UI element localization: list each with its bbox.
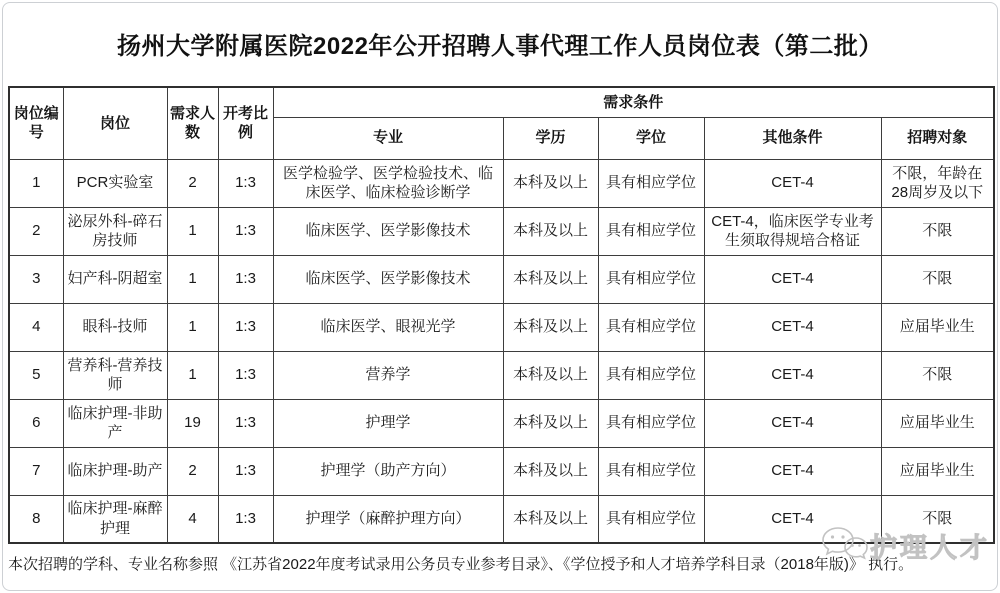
cell-degree: 具有相应学位 [598, 255, 704, 303]
table-row: 4 眼科-技师 1 1:3 临床医学、眼视光学 本科及以上 具有相应学位 CET… [9, 303, 994, 351]
table-row: 5 营养科-营养技师 1 1:3 营养学 本科及以上 具有相应学位 CET-4 … [9, 351, 994, 399]
col-header-education: 学历 [503, 117, 598, 159]
cell-ratio: 1:3 [218, 207, 273, 255]
cell-post-id: 6 [9, 399, 63, 447]
cell-major: 临床医学、眼视光学 [273, 303, 503, 351]
cell-major: 临床医学、医学影像技术 [273, 255, 503, 303]
cell-target: 应届毕业生 [881, 399, 994, 447]
cell-target: 不限 [881, 255, 994, 303]
cell-other: CET-4 [704, 303, 881, 351]
cell-degree: 具有相应学位 [598, 447, 704, 495]
cell-degree: 具有相应学位 [598, 207, 704, 255]
cell-education: 本科及以上 [503, 447, 598, 495]
cell-post-id: 3 [9, 255, 63, 303]
cell-major: 医学检验学、医学检验技术、临床医学、临床检验诊断学 [273, 159, 503, 207]
cell-post-id: 7 [9, 447, 63, 495]
cell-post-id: 5 [9, 351, 63, 399]
cell-ratio: 1:3 [218, 351, 273, 399]
col-header-post: 岗位 [63, 87, 167, 159]
cell-headcount: 4 [167, 495, 218, 543]
cell-ratio: 1:3 [218, 447, 273, 495]
table-row: 8 临床护理-麻醉护理 4 1:3 护理学（麻醉护理方向） 本科及以上 具有相应… [9, 495, 994, 543]
cell-degree: 具有相应学位 [598, 495, 704, 543]
cell-education: 本科及以上 [503, 255, 598, 303]
cell-post: 临床护理-麻醉护理 [63, 495, 167, 543]
cell-target: 不限 [881, 495, 994, 543]
cell-post: 泌尿外科-碎石房技师 [63, 207, 167, 255]
cell-target: 不限 [881, 351, 994, 399]
cell-post-id: 1 [9, 159, 63, 207]
cell-post: PCR实验室 [63, 159, 167, 207]
table-row: 6 临床护理-非助产 19 1:3 护理学 本科及以上 具有相应学位 CET-4… [9, 399, 994, 447]
cell-post: 临床护理-助产 [63, 447, 167, 495]
cell-education: 本科及以上 [503, 399, 598, 447]
col-header-headcount: 需求人数 [167, 87, 218, 159]
cell-headcount: 19 [167, 399, 218, 447]
col-header-ratio: 开考比例 [218, 87, 273, 159]
table-row: 3 妇产科-阴超室 1 1:3 临床医学、医学影像技术 本科及以上 具有相应学位… [9, 255, 994, 303]
cell-headcount: 2 [167, 159, 218, 207]
cell-education: 本科及以上 [503, 303, 598, 351]
cell-ratio: 1:3 [218, 303, 273, 351]
cell-other: CET-4 [704, 399, 881, 447]
table-row: 2 泌尿外科-碎石房技师 1 1:3 临床医学、医学影像技术 本科及以上 具有相… [9, 207, 994, 255]
cell-target: 不限，年龄在28周岁及以下 [881, 159, 994, 207]
cell-degree: 具有相应学位 [598, 399, 704, 447]
cell-education: 本科及以上 [503, 159, 598, 207]
cell-ratio: 1:3 [218, 159, 273, 207]
title-bar: 扬州大学附属医院2022年公开招聘人事代理工作人员岗位表（第二批） [0, 0, 1000, 86]
cell-major: 营养学 [273, 351, 503, 399]
job-positions-table: 岗位编号 岗位 需求人数 开考比例 需求条件 专业 学历 学位 其他条件 招聘对… [8, 86, 995, 544]
col-header-degree: 学位 [598, 117, 704, 159]
cell-other: CET-4，临床医学专业考生须取得规培合格证 [704, 207, 881, 255]
col-header-major: 专业 [273, 117, 503, 159]
cell-post: 妇产科-阴超室 [63, 255, 167, 303]
cell-post: 眼科-技师 [63, 303, 167, 351]
cell-post-id: 4 [9, 303, 63, 351]
table-row: 1 PCR实验室 2 1:3 医学检验学、医学检验技术、临床医学、临床检验诊断学… [9, 159, 994, 207]
page-title: 扬州大学附属医院2022年公开招聘人事代理工作人员岗位表（第二批） [117, 26, 883, 61]
cell-target: 不限 [881, 207, 994, 255]
table-row: 7 临床护理-助产 2 1:3 护理学（助产方向） 本科及以上 具有相应学位 C… [9, 447, 994, 495]
cell-other: CET-4 [704, 255, 881, 303]
cell-education: 本科及以上 [503, 351, 598, 399]
cell-headcount: 1 [167, 207, 218, 255]
cell-post: 营养科-营养技师 [63, 351, 167, 399]
cell-major: 临床医学、医学影像技术 [273, 207, 503, 255]
header-row-1: 岗位编号 岗位 需求人数 开考比例 需求条件 [9, 87, 994, 117]
cell-post-id: 8 [9, 495, 63, 543]
cell-other: CET-4 [704, 447, 881, 495]
cell-headcount: 1 [167, 303, 218, 351]
cell-headcount: 2 [167, 447, 218, 495]
cell-other: CET-4 [704, 351, 881, 399]
cell-post: 临床护理-非助产 [63, 399, 167, 447]
cell-ratio: 1:3 [218, 255, 273, 303]
col-group-requirements: 需求条件 [273, 87, 994, 117]
col-header-post-id: 岗位编号 [9, 87, 63, 159]
cell-education: 本科及以上 [503, 495, 598, 543]
cell-target: 应届毕业生 [881, 447, 994, 495]
cell-post-id: 2 [9, 207, 63, 255]
cell-headcount: 1 [167, 255, 218, 303]
cell-ratio: 1:3 [218, 495, 273, 543]
col-header-target: 招聘对象 [881, 117, 994, 159]
cell-other: CET-4 [704, 159, 881, 207]
cell-headcount: 1 [167, 351, 218, 399]
cell-degree: 具有相应学位 [598, 351, 704, 399]
cell-other: CET-4 [704, 495, 881, 543]
cell-ratio: 1:3 [218, 399, 273, 447]
cell-major: 护理学（助产方向） [273, 447, 503, 495]
cell-major: 护理学 [273, 399, 503, 447]
col-header-other: 其他条件 [704, 117, 881, 159]
footer-note: 本次招聘的学科、专业名称参照 《江苏省2022年度考试录用公务员专业参考目录》、… [8, 553, 1000, 574]
cell-degree: 具有相应学位 [598, 303, 704, 351]
cell-major: 护理学（麻醉护理方向） [273, 495, 503, 543]
cell-target: 应届毕业生 [881, 303, 994, 351]
cell-degree: 具有相应学位 [598, 159, 704, 207]
cell-education: 本科及以上 [503, 207, 598, 255]
